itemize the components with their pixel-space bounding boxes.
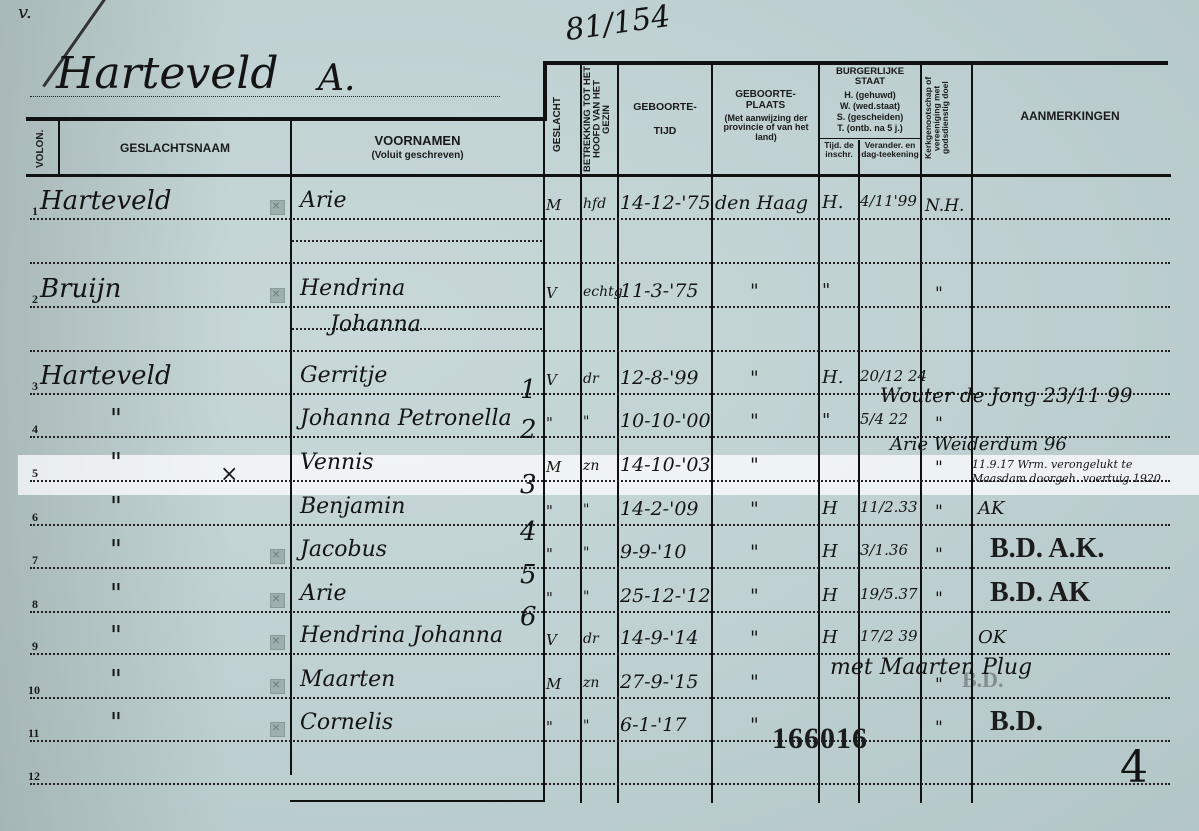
row-birthplace: " — [750, 410, 759, 432]
row-dotted-line — [30, 611, 1170, 613]
header-step — [543, 61, 547, 121]
row-birthplace: " — [750, 671, 759, 693]
row-dotted-line — [30, 783, 1170, 785]
header-burgerlijke-staat: BURGERLIJKE STAAT — [820, 67, 920, 87]
row-sex: " — [546, 414, 553, 432]
row-remarks: B.D. A.K. — [990, 533, 1104, 565]
checkbox-mark — [270, 200, 285, 215]
checkbox-mark — [270, 635, 285, 650]
row-birthplace: " — [750, 498, 759, 520]
row-remarks: B.D. AK — [990, 577, 1090, 609]
row-birthplace: " — [750, 541, 759, 563]
row-sex: " — [546, 589, 553, 607]
row-relation: " — [583, 545, 589, 561]
header-geslacht: GESLACHT — [553, 80, 571, 170]
col-line-betrekking — [580, 63, 582, 803]
row-birthplace: " — [750, 585, 759, 607]
row-dotted-line — [30, 262, 1170, 264]
row-relation: echtg — [583, 284, 623, 300]
row-birthplace: " — [750, 367, 759, 389]
row-birth: 14-2-'09 — [620, 498, 699, 520]
row-given-names: Hendrina — [300, 276, 405, 301]
row-status: H — [822, 541, 838, 562]
row-status: " — [822, 280, 830, 301]
row-surname: Harteveld — [40, 186, 171, 216]
row-given-names: Johanna Petronella — [300, 406, 512, 431]
header-geslachtsnaam: GESLACHTSNAAM — [60, 142, 290, 155]
row-relation: dr — [583, 371, 599, 387]
row-number: 8 — [32, 597, 38, 612]
row5-cross-mark: × — [220, 462, 238, 487]
row-relation: zn — [583, 458, 599, 474]
side-child-number: 5 — [520, 560, 537, 590]
side-child-number: 3 — [520, 470, 537, 500]
checkbox-mark — [270, 549, 285, 564]
checkbox-mark — [270, 593, 285, 608]
col-line-kerk — [920, 63, 922, 803]
row-surname: " — [110, 579, 122, 609]
row-number: 3 — [32, 379, 38, 394]
row-relation: " — [583, 718, 589, 734]
row-birthplace: " — [750, 627, 759, 649]
registry-card: v. Harteveld A. 81/154 VOLON. GESLACHTSN… — [0, 0, 1199, 831]
row-church: " — [935, 284, 943, 304]
row-dotted-line — [30, 350, 1170, 352]
row-relation: " — [583, 589, 589, 605]
row-church: " — [935, 414, 943, 434]
row-number: 7 — [32, 553, 38, 568]
side-child-number: 6 — [520, 602, 537, 632]
row-surname: " — [110, 621, 122, 651]
row-given-names: Maarten — [300, 667, 395, 692]
col-line-geboortetijd — [617, 63, 619, 803]
row-given-names: Cornelis — [300, 710, 393, 735]
row-surname: " — [110, 492, 122, 522]
row-relation: hfd — [583, 196, 606, 212]
row-number: 6 — [32, 510, 38, 525]
row-church: " — [935, 502, 943, 522]
header-bs-s: S. (gescheiden) — [820, 113, 920, 122]
header-voornamen: VOORNAMEN — [292, 134, 543, 148]
row-status-date: 19/5.37 — [860, 585, 918, 603]
row-birth: 9-9-'10 — [620, 541, 686, 563]
page-marker: 4 — [1120, 742, 1148, 793]
row-relation: " — [583, 502, 589, 518]
row-sex: M — [546, 675, 561, 693]
row-dotted-line — [30, 218, 1170, 220]
bs-subdivider — [818, 138, 922, 139]
row-status-date: 5/4 22 — [860, 410, 908, 428]
row-number: 11 — [28, 726, 39, 741]
row-sex: " — [546, 545, 553, 563]
row-birth: 12-8-'99 — [620, 367, 699, 389]
row-given-names: Benjamin — [300, 494, 405, 519]
header-geboorteplaats-2: PLAATS — [713, 101, 818, 112]
row-surname: " — [110, 708, 122, 738]
row-number: 4 — [32, 422, 38, 437]
checkbox-mark — [270, 722, 285, 737]
row-sex: " — [546, 718, 553, 736]
row-church: " — [935, 718, 943, 738]
row-remarks: AK — [978, 498, 1004, 519]
col-line-verander — [858, 140, 860, 803]
row-given-names: Arie — [300, 581, 346, 606]
row-sex: M — [546, 458, 561, 476]
row-relation: dr — [583, 631, 599, 647]
header-geboortetijd-1: GEBOORTE- — [619, 102, 711, 113]
row-sex: V — [546, 371, 557, 389]
row-dotted-line — [30, 697, 1170, 699]
row-birth: 25-12-'12 — [620, 585, 711, 607]
side-child-number: 2 — [520, 415, 537, 445]
row-number: 10 — [28, 683, 40, 698]
row-number: 9 — [32, 639, 38, 654]
row-church: N.H. — [925, 196, 964, 216]
row-remarks: Wouter de Jong 23/11 99 — [880, 383, 1132, 407]
row-birth: 14-12-'75 — [620, 192, 711, 214]
row-number: 12 — [28, 769, 40, 784]
row-surname: " — [110, 665, 122, 695]
header-bs-h: H. (gehuwd) — [820, 91, 920, 100]
col-line-burgerlijke-staat — [818, 63, 820, 803]
row-birth: 27-9-'15 — [620, 671, 699, 693]
row-status: " — [822, 410, 830, 431]
header-volon: VOLON. — [36, 126, 52, 172]
row-remarks: Arie Weiderdum 96 — [890, 434, 1067, 455]
row-surname: " — [110, 404, 122, 434]
row-surname: " — [110, 448, 122, 478]
header-geboorteplaats-1: GEBOORTE- — [713, 90, 818, 101]
row-sex: " — [546, 502, 553, 520]
row-birth: 6-1-'17 — [620, 714, 686, 736]
header-bs-t: T. (ontb. na 5 j.) — [820, 124, 920, 133]
side-child-number: 4 — [520, 517, 537, 547]
header-verander: Verander. en dag-teekening — [860, 141, 920, 159]
row-birthplace: " — [750, 714, 759, 736]
row-dotted-line — [30, 740, 1170, 742]
row-church: " — [935, 458, 943, 478]
row-status: H — [822, 498, 838, 519]
row-status: H. — [822, 367, 843, 388]
row-given-names: Gerritje — [300, 363, 387, 388]
header-aanmerkingen: AANMERKINGEN — [975, 110, 1165, 123]
row-birth: 14-10-'03 — [620, 454, 711, 476]
row-given-names: Vennis — [300, 450, 374, 475]
row-given-names: Hendrina Johanna — [300, 623, 503, 648]
row-status-date: 11/2.33 — [860, 498, 918, 516]
row-status-date: 3/1.36 — [860, 541, 908, 559]
row-dotted-line — [30, 524, 1170, 526]
row-church: " — [935, 545, 943, 565]
voornamen-bottom — [290, 800, 545, 802]
row-sex: V — [546, 284, 557, 302]
col-line-geboorteplaats — [711, 63, 713, 803]
row-sex: M — [546, 196, 561, 214]
stamp-number: 166016 — [772, 722, 868, 756]
reference-number: 81/154 — [563, 0, 672, 48]
row-surname: " — [110, 535, 122, 565]
header-top-left — [26, 117, 546, 121]
row-status: H — [822, 627, 838, 648]
row-remarks: 11.9.17 Wrm. verongelukt te Maasdam door… — [972, 458, 1182, 487]
row-number: 2 — [32, 292, 38, 307]
row-birth: 11-3-'75 — [620, 280, 699, 302]
row-church: " — [935, 589, 943, 609]
row-birth: 10-10-'00 — [620, 410, 711, 432]
row-surname: Bruijn — [40, 274, 121, 304]
row-birthplace: den Haag — [715, 192, 808, 214]
card-surname: Harteveld — [56, 48, 279, 99]
row-status: H. — [822, 192, 843, 213]
row-surname: Harteveld — [40, 361, 171, 391]
row-birthplace: " — [750, 280, 759, 302]
row-birthplace: " — [750, 454, 759, 476]
header-bottom — [26, 174, 1171, 177]
header-tijd-inschr: Tijd. de inschr. — [820, 141, 858, 159]
header-betrekking: BETREKKING TOT HET HOOFD VAN HET GEZIN — [583, 66, 615, 172]
header-kerkgenootschap: Kerkgenootschap of vereeniging met godsd… — [924, 64, 968, 172]
row-sex: V — [546, 631, 557, 649]
corner-mark: v. — [18, 2, 32, 23]
row-birth: 14-9-'14 — [620, 627, 699, 649]
row-status-date: 17/2 39 — [860, 627, 918, 645]
card-initial: A. — [318, 58, 355, 99]
row-remarks: B.D. — [990, 706, 1043, 738]
row-status: H — [822, 585, 838, 606]
row-number: 1 — [32, 204, 38, 219]
given-sub-line — [292, 240, 542, 242]
row-given-names: Arie — [300, 188, 346, 213]
row-relation: zn — [583, 675, 599, 691]
name-dotted-line — [30, 96, 500, 97]
side-child-number: 1 — [520, 375, 537, 405]
checkbox-mark — [270, 288, 285, 303]
row-remarks: OK — [978, 627, 1006, 648]
row-given-names-2: Johanna — [330, 312, 421, 337]
row-remarks: met Maarten Plug — [830, 655, 1032, 680]
header-top-right — [543, 61, 1168, 65]
row-dotted-line — [30, 306, 1170, 308]
row-status-date: 4/11'99 — [860, 192, 917, 210]
row-dotted-line — [30, 567, 1170, 569]
checkbox-mark — [270, 679, 285, 694]
row-given-names: Jacobus — [300, 537, 387, 562]
header-geboorteplaats-sub: (Met aanwijzing der provincie of van het… — [716, 114, 816, 142]
header-geboortetijd-2: TIJD — [619, 126, 711, 137]
header-voornamen-sub: (Voluit geschreven) — [292, 151, 543, 162]
row-relation: " — [583, 414, 589, 430]
row-number: 5 — [32, 466, 38, 481]
header-bs-w: W. (wed.staat) — [820, 102, 920, 111]
